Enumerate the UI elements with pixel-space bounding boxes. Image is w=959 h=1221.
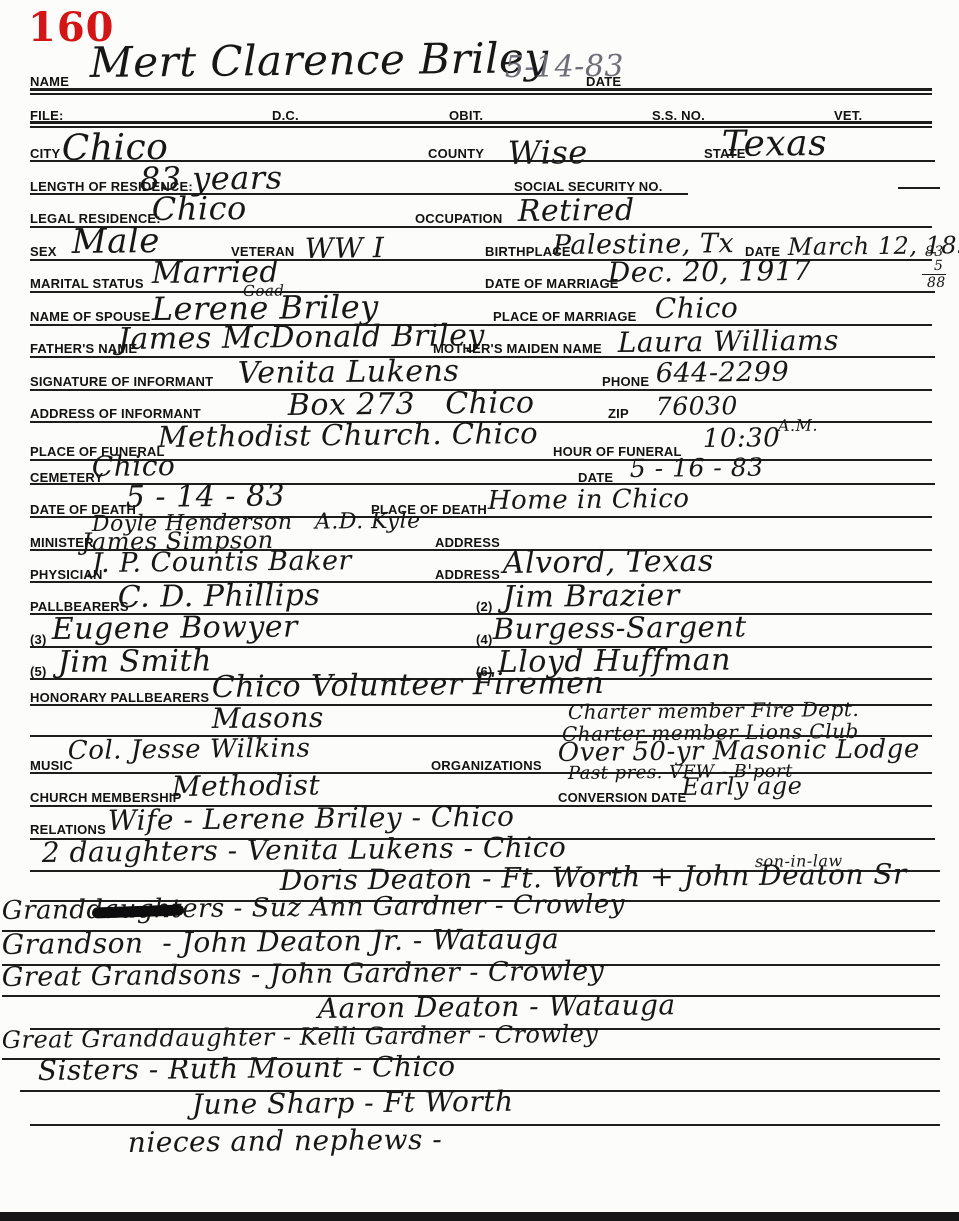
honorary-pallbearers-value: Chico Volunteer Firemen	[212, 666, 605, 705]
pallbearer-3: Eugene Bowyer	[52, 609, 298, 647]
minister-address-label: ADDRESS	[435, 535, 500, 550]
cemetery-date-value: 5 - 16 - 83	[630, 453, 764, 483]
signature-of-informant-label: SIGNATURE OF INFORMANT	[30, 374, 213, 389]
cemetery-value: Chico	[92, 449, 176, 483]
rule	[30, 356, 935, 358]
rule	[898, 187, 940, 189]
address-of-informant-label: ADDRESS OF INFORMANT	[30, 406, 201, 421]
funeral-record-page: 160 NAME Mert Clarence Briley DATE 5-14-…	[0, 0, 959, 1221]
rule	[30, 88, 932, 91]
pallbearer-5-number: (5)	[30, 664, 47, 679]
hour-of-funeral-value: 10:30	[703, 423, 781, 454]
margin-note-middle: 5	[934, 258, 944, 274]
pallbearer-4: Burgess-Sargent	[493, 609, 747, 646]
date-of-marriage-label: DATE OF MARRIAGE	[485, 276, 619, 291]
signature-of-informant-value: Venita Lukens	[238, 354, 460, 391]
relation-line-10: June Sharp - Ft Worth	[192, 1085, 514, 1121]
relation-line-5: Grandson - John Deaton Jr. - Watauga	[2, 922, 560, 961]
occupation-label: OCCUPATION	[415, 211, 502, 226]
physician-address-value: Alvord, Texas	[503, 544, 714, 581]
relation-line-7: Aaron Deaton - Watauga	[318, 988, 676, 1025]
legal-residence-value: Chico	[152, 189, 247, 228]
music-value: Col. Jesse Wilkins	[68, 733, 311, 766]
sex-label: SEX	[30, 244, 57, 259]
honorary-pallbearers-label: HONORARY PALLBEARERS	[30, 690, 209, 705]
pallbearer-5: Jim Smith	[58, 643, 212, 680]
hour-ampm: A.M.	[778, 416, 818, 435]
place-of-marriage-value: Chico	[655, 291, 739, 325]
relation-line-9: Sisters - Ruth Mount - Chico	[38, 1050, 456, 1087]
honorary-pallbearers-value2: Masons	[212, 701, 324, 735]
social-security-label: SOCIAL SECURITY NO.	[514, 179, 663, 194]
zip-label: ZIP	[608, 406, 629, 421]
date-top-value: 5-14-83	[505, 49, 625, 85]
church-membership-value: Methodist	[172, 768, 321, 803]
name-value: Mert Clarence Briley	[89, 33, 548, 87]
marital-status-label: MARITAL STATUS	[30, 276, 144, 291]
state-value: Texas	[722, 123, 828, 165]
physician-address-label: ADDRESS	[435, 567, 500, 582]
sex-value: Male	[72, 221, 161, 262]
phone-label: PHONE	[602, 374, 649, 389]
music-label: MUSIC	[30, 758, 73, 773]
phone-value: 644-2299	[656, 357, 790, 389]
pallbearer-4-number: (4)	[476, 632, 493, 647]
date-of-marriage-value: Dec. 20, 1917	[608, 254, 812, 289]
relation-line-6: Great Grandsons - John Gardner - Crowley	[2, 956, 605, 993]
conversion-date-value: Early age	[682, 772, 803, 801]
physician-value: J. P. Countis Baker	[92, 545, 352, 579]
name-label: NAME	[30, 74, 69, 89]
rule	[30, 93, 932, 95]
conversion-date-label: CONVERSION DATE	[558, 790, 686, 805]
relation-line-8: Great Granddaughter - Kelli Gardner - Cr…	[2, 1020, 599, 1054]
place-of-funeral-value: Methodist Church. Chico	[158, 416, 539, 454]
city-label: CITY	[30, 146, 60, 161]
pallbearer-2-number: (2)	[476, 599, 493, 614]
county-value: Wise	[508, 133, 588, 172]
place-of-marriage-label: PLACE OF MARRIAGE	[493, 309, 637, 324]
county-label: COUNTY	[428, 146, 484, 161]
margin-note-bottom: 88	[927, 275, 946, 291]
relation-line-11: nieces and nephews -	[128, 1123, 443, 1159]
place-of-death-value: Home in Chico	[488, 484, 690, 516]
scan-edge-bar	[0, 1212, 959, 1221]
fathers-name-value: James McDonald Briley	[118, 318, 485, 357]
rule	[30, 226, 932, 228]
organizations-label: ORGANIZATIONS	[431, 758, 542, 773]
occupation-value: Retired	[518, 193, 635, 229]
zip-value: 76030	[656, 391, 738, 421]
mothers-maiden-name-value: Laura Williams	[618, 324, 839, 359]
pallbearer-3-number: (3)	[30, 632, 47, 647]
